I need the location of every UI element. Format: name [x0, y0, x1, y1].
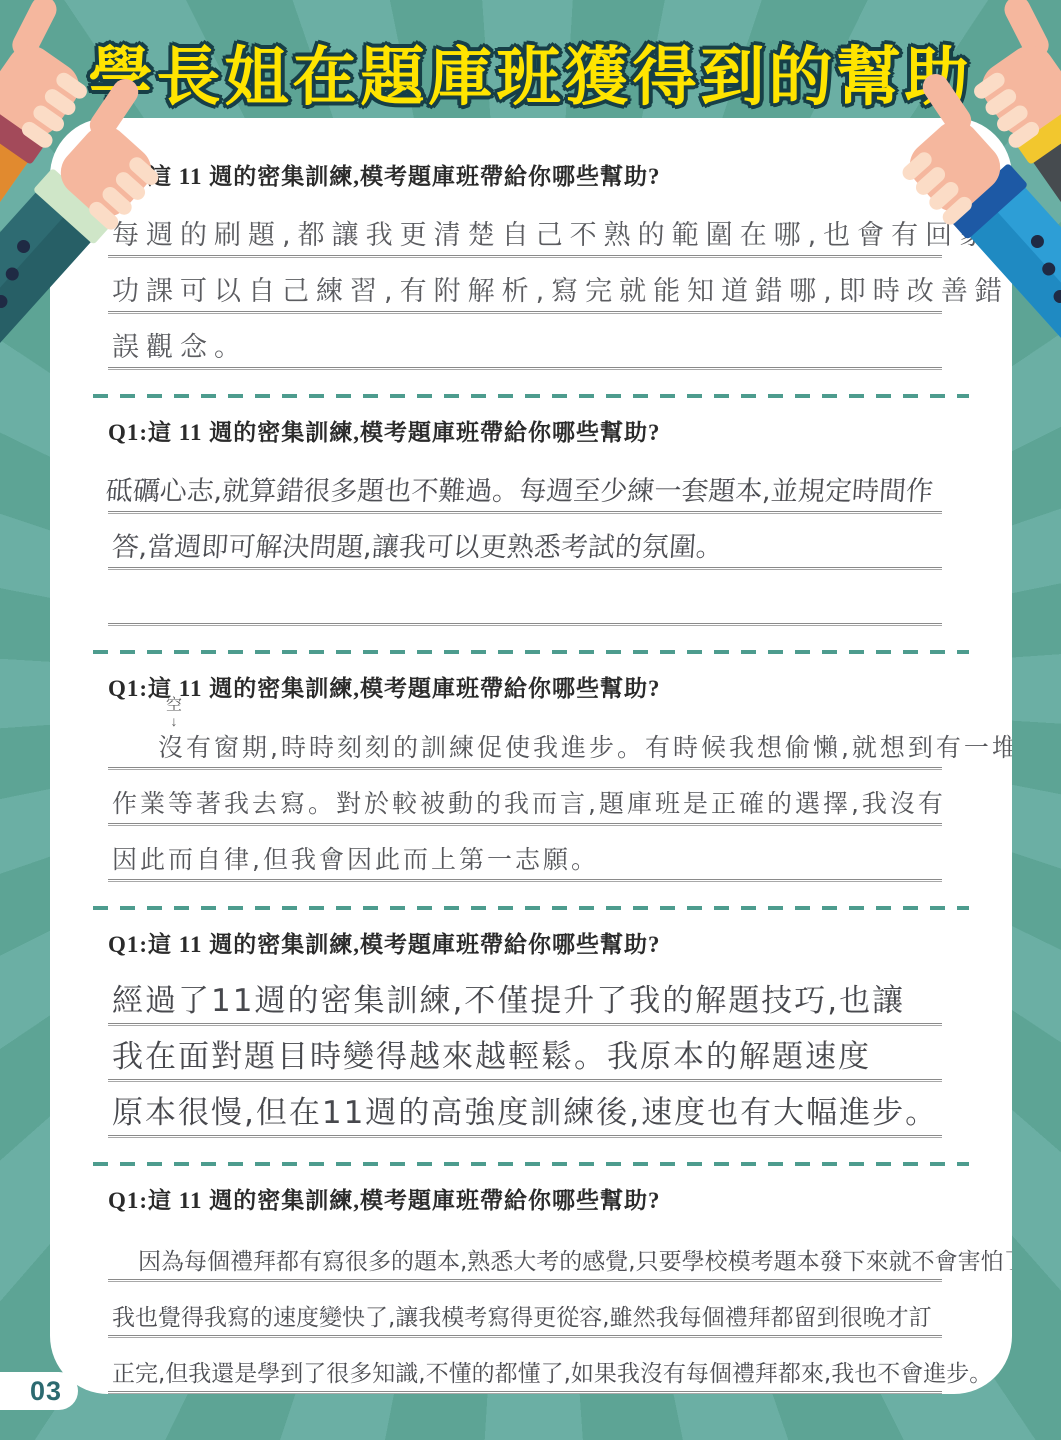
- content-card: Q1:這 11 週的密集訓練,模考題庫班帶給你哪些幫助? 每週的刷題,都讓我更清…: [50, 118, 1012, 1394]
- handwritten-text: 原本很慢,但在11週的高強度訓練後,速度也有大幅進步。: [112, 1087, 938, 1132]
- handwritten-text: 誤觀念。: [112, 325, 248, 364]
- section-divider: [93, 650, 969, 654]
- section-divider: [93, 906, 969, 910]
- handwritten-text: 功課可以自己練習,有附解析,寫完就能知道錯哪,即時改善錯: [112, 269, 1009, 308]
- answer-line: 我也覺得我寫的速度變快了,讓我模考寫得更從容,雖然我每個禮拜都留到很晚才訂: [108, 1282, 992, 1338]
- handwritten-text: 我在面對題目時變得越來越輕鬆。我原本的解題速度: [112, 1031, 871, 1076]
- answer-line: [108, 570, 992, 626]
- handwritten-text: 砥礪心志,就算錯很多題也不難過。每週至少練一套題本,並規定時間作: [105, 469, 935, 508]
- answer-line: 因此而自律,但我會因此而上第一志願。: [108, 826, 992, 882]
- page-number: 03: [30, 1376, 62, 1407]
- answer-line: 經過了11週的密集訓練,不僅提升了我的解題技巧,也讓: [108, 970, 992, 1026]
- correction-annotation: 空 ↓: [166, 698, 182, 728]
- answer-line: 誤觀念。: [108, 314, 992, 370]
- answer-line: 我在面對題目時變得越來越輕鬆。我原本的解題速度: [108, 1026, 992, 1082]
- qa-section-5: Q1:這 11 週的密集訓練,模考題庫班帶給你哪些幫助? 因為每個禮拜都有寫很多…: [108, 1186, 992, 1394]
- down-arrow-icon: ↓: [171, 714, 178, 728]
- qa-section-4: Q1:這 11 週的密集訓練,模考題庫班帶給你哪些幫助? 經過了11週的密集訓練…: [108, 930, 992, 1138]
- answer-line: 因為每個禮拜都有寫很多的題本,熟悉大考的感覺,只要學校模考題本發下來就不會害怕了…: [108, 1226, 992, 1282]
- handwritten-text: 我也覺得我寫的速度變快了,讓我模考寫得更從容,雖然我每個禮拜都留到很晚才訂: [112, 1299, 932, 1332]
- question-heading: Q1:這 11 週的密集訓練,模考題庫班帶給你哪些幫助?: [108, 674, 992, 704]
- question-heading: Q1:這 11 週的密集訓練,模考題庫班帶給你哪些幫助?: [108, 930, 992, 960]
- answer-line: 功課可以自己練習,有附解析,寫完就能知道錯哪,即時改善錯: [108, 258, 992, 314]
- qa-section-1: Q1:這 11 週的密集訓練,模考題庫班帶給你哪些幫助? 每週的刷題,都讓我更清…: [108, 162, 992, 370]
- handwritten-text: 因為每個禮拜都有寫很多的題本,熟悉大考的感覺,只要學校模考題本發下來就不會害怕了…: [138, 1243, 1012, 1276]
- answer-line: 原本很慢,但在11週的高強度訓練後,速度也有大幅進步。: [108, 1082, 992, 1138]
- qa-section-2: Q1:這 11 週的密集訓練,模考題庫班帶給你哪些幫助? 砥礪心志,就算錯很多題…: [108, 418, 992, 626]
- correction-character: 空: [166, 698, 182, 714]
- qa-section-3: Q1:這 11 週的密集訓練,模考題庫班帶給你哪些幫助? 空 ↓ 沒有窗期,時時…: [108, 674, 992, 882]
- question-heading: Q1:這 11 週的密集訓練,模考題庫班帶給你哪些幫助?: [108, 418, 992, 448]
- handwritten-text: 沒有窗期,時時刻刻的訓練促使我進步。有時候我想偷懶,就想到有一堆: [158, 728, 1012, 764]
- handwritten-text: 答,當週即可解決問題,讓我可以更熟悉考試的氛圍。: [111, 525, 725, 564]
- poster-page: 學長姐在題庫班獲得到的幫助 Q1:這 11 週的密集訓練,模考題庫班帶給你哪些幫…: [0, 0, 1061, 1440]
- page-number-badge: 03: [0, 1372, 78, 1410]
- answer-line: 每週的刷題,都讓我更清楚自己不熟的範圍在哪,也會有回家: [108, 202, 992, 258]
- answer-line: 作業等著我去寫。對於較被動的我而言,題庫班是正確的選擇,我沒有: [108, 770, 992, 826]
- handwritten-text: 正完,但我還是學到了很多知識,不懂的都懂了,如果我沒有每個禮拜都來,我也不會進步…: [112, 1355, 992, 1388]
- answer-line: 空 ↓ 沒有窗期,時時刻刻的訓練促使我進步。有時候我想偷懶,就想到有一堆: [108, 714, 992, 770]
- section-divider: [93, 394, 969, 398]
- question-heading: Q1:這 11 週的密集訓練,模考題庫班帶給你哪些幫助?: [108, 1186, 992, 1216]
- answer-line: 正完,但我還是學到了很多知識,不懂的都懂了,如果我沒有每個禮拜都來,我也不會進步…: [108, 1338, 992, 1394]
- handwritten-text: 每週的刷題,都讓我更清楚自己不熟的範圍在哪,也會有回家: [112, 213, 993, 252]
- section-divider: [93, 1162, 969, 1166]
- handwritten-text: 經過了11週的密集訓練,不僅提升了我的解題技巧,也讓: [112, 975, 905, 1020]
- answer-line: 砥礪心志,就算錯很多題也不難過。每週至少練一套題本,並規定時間作: [108, 458, 992, 514]
- handwritten-text: 作業等著我去寫。對於較被動的我而言,題庫班是正確的選擇,我沒有: [112, 784, 946, 820]
- handwritten-text: 因此而自律,但我會因此而上第一志願。: [112, 840, 599, 876]
- answer-line: 答,當週即可解決問題,讓我可以更熟悉考試的氛圍。: [108, 514, 992, 570]
